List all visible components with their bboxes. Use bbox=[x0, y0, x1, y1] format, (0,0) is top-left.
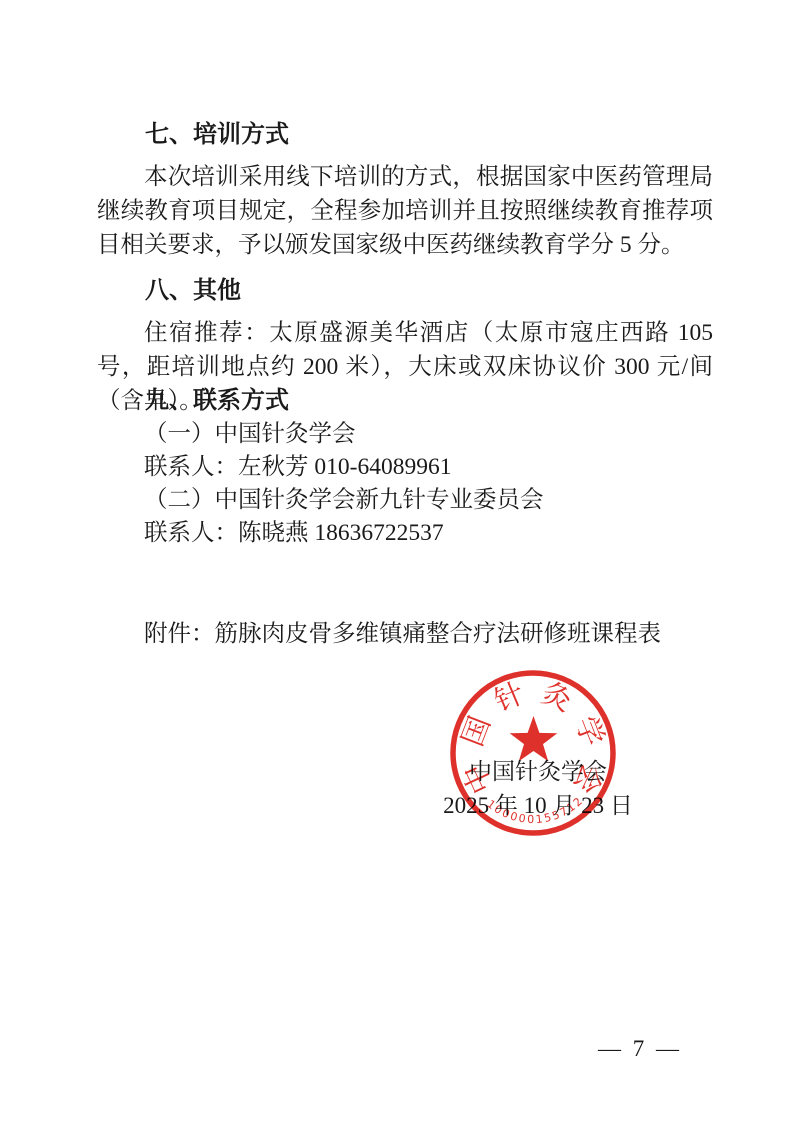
contact-line-org-2: （二）中国针灸学会新九针专业委员会 bbox=[97, 484, 713, 517]
section-heading-contact: 九、联系方式 bbox=[97, 384, 713, 418]
contact-line-person-1: 联系人：左秋芳 010-64089961 bbox=[97, 451, 713, 484]
star-icon bbox=[510, 716, 558, 761]
contact-line-person-2: 联系人：陈晓燕 18636722537 bbox=[97, 517, 713, 550]
contact-line-org-1: （一）中国针灸学会 bbox=[97, 418, 713, 451]
seal-ring bbox=[453, 673, 613, 833]
contact-list: （一）中国针灸学会 联系人：左秋芳 010-64089961 （二）中国针灸学会… bbox=[97, 418, 713, 550]
page-number: — 7 — bbox=[560, 1036, 720, 1062]
section-body-training-method: 本次培训采用线下培训的方式，根据国家中医药管理局继续教育项目规定，全程参加培训并… bbox=[97, 160, 713, 262]
section-heading-training-method: 七、培训方式 bbox=[97, 118, 713, 152]
official-seal-stamp: 中 国 针 灸 学 会 100000155712 bbox=[438, 658, 628, 848]
attachment-line: 附件：筋脉肉皮骨多维镇痛整合疗法研修班课程表 bbox=[97, 617, 713, 651]
document-page: 七、培训方式 本次培训采用线下培训的方式，根据国家中医药管理局继续教育项目规定，… bbox=[0, 0, 800, 1131]
section-heading-other: 八、其他 bbox=[97, 274, 713, 308]
